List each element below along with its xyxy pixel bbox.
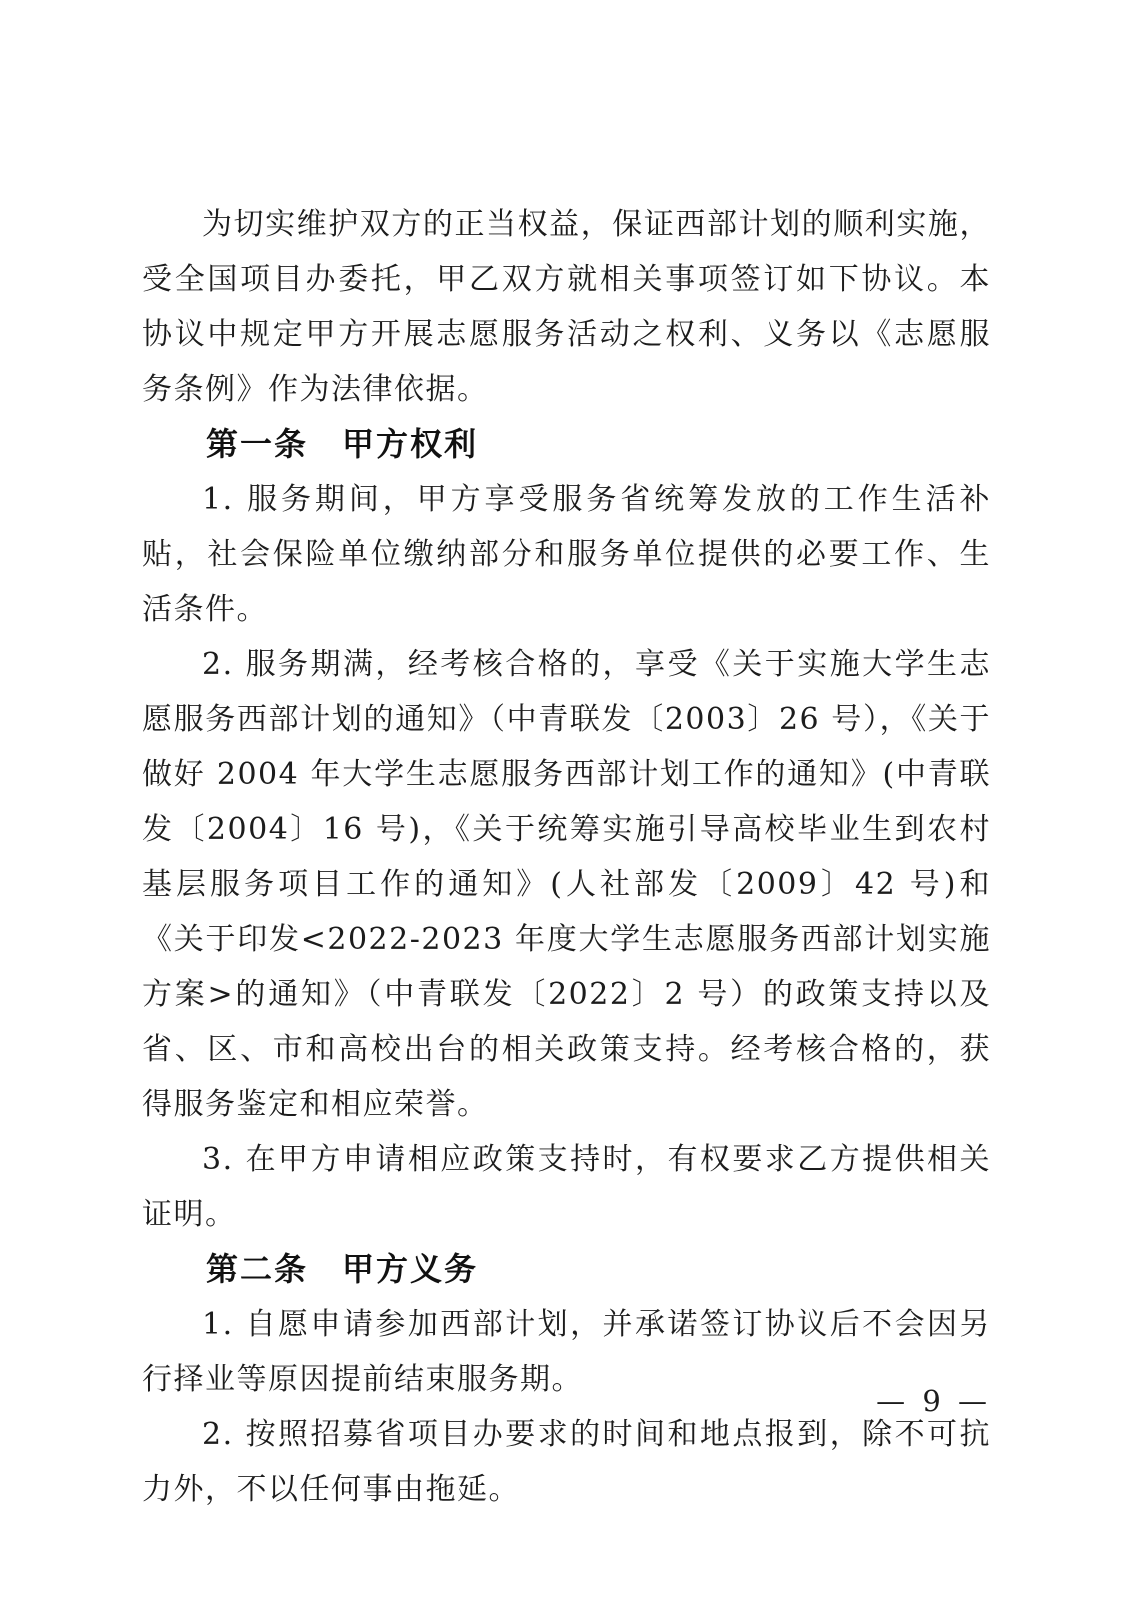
paragraph-article1-item1: 1. 服务期间，甲方享受服务省统筹发放的工作生活补贴，社会保险单位缴纳部分和服务…: [142, 472, 991, 637]
section-heading-article-2: 第二条 甲方义务: [142, 1242, 991, 1297]
document-page: 为切实维护双方的正当权益，保证西部计划的顺利实施，受全国项目办委托，甲乙双方就相…: [0, 0, 1131, 1600]
page-number: — 9 —: [876, 1383, 991, 1419]
paragraph-article1-item3: 3. 在甲方申请相应政策支持时，有权要求乙方提供相关证明。: [142, 1132, 991, 1242]
paragraph-preamble: 为切实维护双方的正当权益，保证西部计划的顺利实施，受全国项目办委托，甲乙双方就相…: [142, 197, 991, 417]
paragraph-article2-item2: 2. 按照招募省项目办要求的时间和地点报到，除不可抗力外，不以任何事由拖延。: [142, 1407, 991, 1517]
paragraph-article2-item1: 1. 自愿申请参加西部计划，并承诺签订协议后不会因另行择业等原因提前结束服务期。: [142, 1297, 991, 1407]
paragraph-article1-item2: 2. 服务期满，经考核合格的，享受《关于实施大学生志愿服务西部计划的通知》（中青…: [142, 637, 991, 1132]
section-heading-article-1: 第一条 甲方权利: [142, 417, 991, 472]
